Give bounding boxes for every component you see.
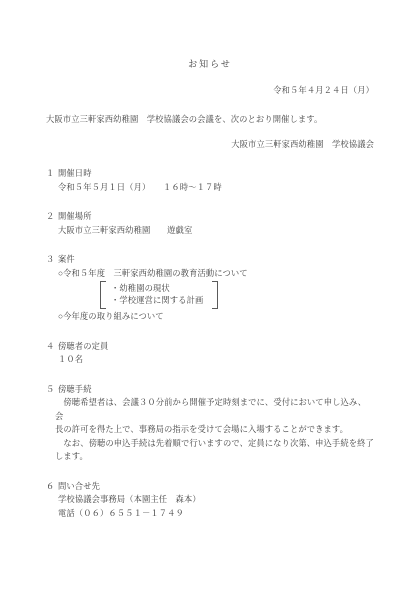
right-bracket-mark <box>212 281 218 309</box>
section-number: ４ <box>46 340 58 354</box>
agenda-sub-list: ・幼稚園の現状 ・学校運営に関する計画 <box>106 281 212 309</box>
section-agenda: ３ 案件 ○令和５年度 三軒家西幼稚園の教育活動について ・幼稚園の現状 ・学校… <box>46 253 374 324</box>
section-number: ３ <box>46 253 58 267</box>
section-meeting-place: ２ 開催場所 大阪市立三軒家西幼稚園 遊戯室 <box>46 210 374 237</box>
section-number: ６ <box>46 480 58 494</box>
section-heading: 開催日時 <box>58 167 92 181</box>
notice-document-page: お知らせ 令和５年４月２４日（月） 大阪市立三軒家西幼稚園 学校協議会の会議を、… <box>0 0 420 598</box>
contact-office: 学校協議会事務局（本園主任 森本） <box>58 493 374 507</box>
issue-date: 令和５年４月２４日（月） <box>46 84 374 97</box>
observer-capacity-value: １０名 <box>58 353 374 367</box>
section-number: １ <box>46 167 58 181</box>
contact-phone: 電話（０６）６５５１－１７４９ <box>58 507 374 521</box>
section-heading: 開催場所 <box>58 210 92 224</box>
agenda-item-1: ○令和５年度 三軒家西幼稚園の教育活動について <box>58 267 374 281</box>
section-observer-capacity: ４ 傍聴者の定員 １０名 <box>46 340 374 367</box>
section-heading-row: １ 開催日時 <box>46 167 374 181</box>
section-contact: ６ 問い合せ先 学校協議会事務局（本園主任 森本） 電話（０６）６５５１－１７４… <box>46 480 374 521</box>
agenda-sub-items: ・幼稚園の現状 ・学校運営に関する計画 <box>100 281 218 309</box>
agenda-sub-item-2: ・学校運営に関する計画 <box>111 295 212 307</box>
section-heading: 傍聴者の定員 <box>58 340 108 354</box>
section-number: ５ <box>46 383 58 397</box>
issuer-signature: 大阪市立三軒家西幼稚園 学校協議会 <box>46 138 374 151</box>
section-heading-row: ２ 開催場所 <box>46 210 374 224</box>
document-title: お知らせ <box>46 58 374 71</box>
procedure-paragraph-1-line-1: 傍聴希望者は、会議３０分前から開催予定時刻までに、受付において申し込み、会 <box>55 396 374 423</box>
agenda-item-2: ○今年度の取り組みについて <box>58 310 374 324</box>
agenda-body: ○令和５年度 三軒家西幼稚園の教育活動について ・幼稚園の現状 ・学校運営に関す… <box>58 267 374 324</box>
procedure-paragraph-1-line-2: 長の許可を得た上で、事務局の指示を受けて会場に入場することができます。 <box>55 423 374 437</box>
intro-sentence: 大阪市立三軒家西幼稚園 学校協議会の会議を、次のとおり開催します。 <box>46 113 374 126</box>
meeting-place-value: 大阪市立三軒家西幼稚園 遊戯室 <box>58 224 374 238</box>
section-heading-row: ４ 傍聴者の定員 <box>46 340 374 354</box>
procedure-paragraph-2-line-1: なお、傍聴の申込手続は先着順で行いますので、定員になり次第、申込手続を終了 <box>55 437 374 451</box>
section-observation-procedure: ５ 傍聴手続 傍聴希望者は、会議３０分前から開催予定時刻までに、受付において申し… <box>46 383 374 464</box>
section-meeting-datetime: １ 開催日時 令和５年５月１日（月） １６時～１７時 <box>46 167 374 194</box>
section-heading: 問い合せ先 <box>58 480 100 494</box>
contact-body: 学校協議会事務局（本園主任 森本） 電話（０６）６５５１－１７４９ <box>58 493 374 520</box>
agenda-sub-item-1: ・幼稚園の現状 <box>111 283 212 295</box>
section-number: ２ <box>46 210 58 224</box>
section-heading-row: ３ 案件 <box>46 253 374 267</box>
procedure-paragraph-2-line-2: します。 <box>55 450 374 464</box>
section-heading: 傍聴手続 <box>58 383 92 397</box>
section-heading-row: ５ 傍聴手続 <box>46 383 374 397</box>
meeting-datetime-value: 令和５年５月１日（月） １６時～１７時 <box>58 181 374 195</box>
section-heading-row: ６ 問い合せ先 <box>46 480 374 494</box>
document-content: お知らせ 令和５年４月２４日（月） 大阪市立三軒家西幼稚園 学校協議会の会議を、… <box>0 0 420 520</box>
section-heading: 案件 <box>58 253 75 267</box>
